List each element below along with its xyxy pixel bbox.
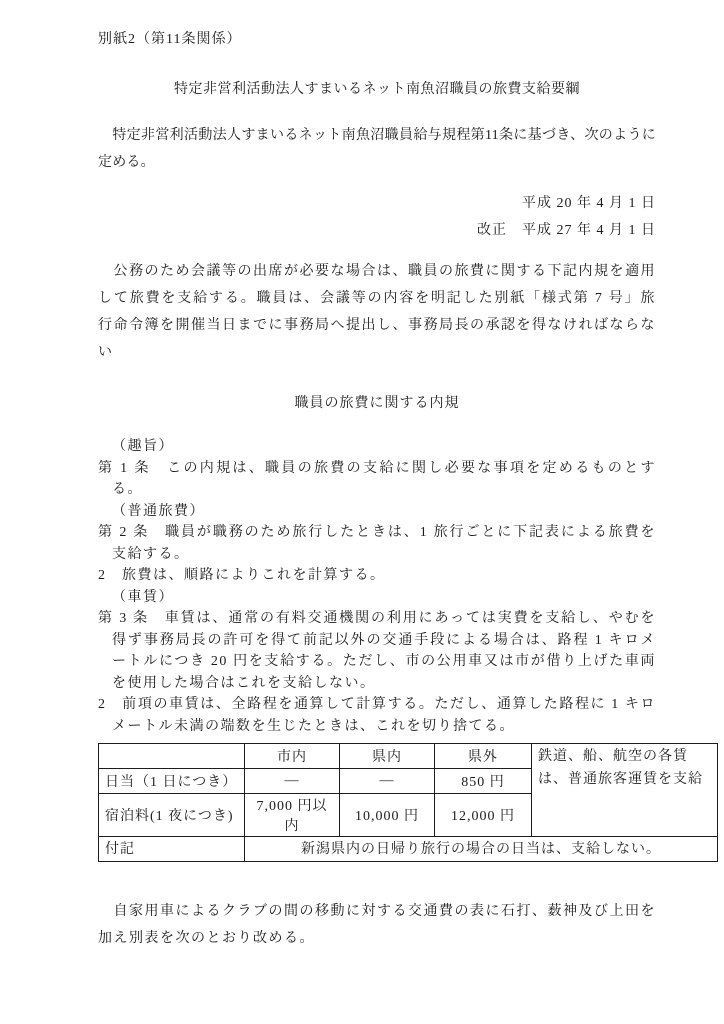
appendix-row: 付記 新潟県内の日帰り旅行の場合の日当は、支給しない。 <box>99 837 718 862</box>
body-line-article-2-para2: 2 旅費は、順路によりこれを計算する。 <box>98 565 656 587</box>
body-line-purpose-label: （趣旨） <box>98 436 656 458</box>
header-shinai-cell: 市内 <box>245 744 340 769</box>
daily-allowance-kengai: 850 円 <box>435 769 532 794</box>
closing-paragraph: 自家用車によるクラブの間の移動に対する交通費の表に石打、薮神及び上田を加え別表を… <box>98 898 656 952</box>
lodging-kengai: 12,000 円 <box>435 794 532 837</box>
header-kennai-cell: 県内 <box>340 744 435 769</box>
naiki-heading: 職員の旅費に関する内規 <box>98 392 656 412</box>
header-empty-cell <box>99 744 245 769</box>
revised-date: 改正 平成 27 年 4 月 1 日 <box>98 217 656 244</box>
regulation-body: （趣旨） 第 1 条 この内規は、職員の旅費の支給に関し必要な事項を定めるものと… <box>98 436 656 737</box>
body-line-article-3-para2: 2 前項の車賃は、全路程を通算して計算する。ただし、通算した路程に 1 キロメー… <box>98 694 656 737</box>
body-line-article-3: 第 3 条 車賃は、通常の有料交通機関の利用にあっては実費を支給し、やむを得ず事… <box>98 608 656 694</box>
fare-note-cell: 鉄道、船、航空の各賃は、普通旅客運賃を支給 <box>532 744 718 837</box>
daily-allowance-shinai: ― <box>245 769 340 794</box>
lodging-label: 宿泊料(1 夜につき) <box>99 794 245 837</box>
document-page: 別紙2（第11条関係） 特定非営利活動法人すまいるネット南魚沼職員の旅費支給要綱… <box>0 0 724 1024</box>
enacted-date: 平成 20 年 4 月 1 日 <box>98 190 656 217</box>
date-block: 平成 20 年 4 月 1 日 改正 平成 27 年 4 月 1 日 <box>98 190 656 244</box>
body-line-futsu-label: （普通旅費） <box>98 501 656 523</box>
intro-paragraph: 特定非営利活動法人すまいるネット南魚沼職員給与規程第11条に基づき、次のように定… <box>98 122 656 176</box>
lodging-shinai: 7,000 円以内 <box>245 794 340 837</box>
appendix-label: 付記 <box>99 837 245 862</box>
header-kengai-cell: 県外 <box>435 744 532 769</box>
daily-allowance-kennai: ― <box>340 769 435 794</box>
appendix-value: 新潟県内の日帰り旅行の場合の日当は、支給しない。 <box>245 837 718 862</box>
lodging-kennai: 10,000 円 <box>340 794 435 837</box>
table-header-row: 市内 県内 県外 鉄道、船、航空の各賃は、普通旅客運賃を支給 <box>99 744 718 769</box>
expense-table: 市内 県内 県外 鉄道、船、航空の各賃は、普通旅客運賃を支給 日当（1 日につき… <box>98 743 718 862</box>
body-line-article-2: 第 2 条 職員が職務のため旅行したときは、1 旅行ごとに下記表による旅費を支給… <box>98 522 656 565</box>
daily-allowance-label: 日当（1 日につき） <box>99 769 245 794</box>
preamble-paragraph: 公務のため会議等の出席が必要な場合は、職員の旅費に関する下記内規を適用して旅費を… <box>98 258 656 366</box>
body-line-article-1: 第 1 条 この内規は、職員の旅費の支給に関し必要な事項を定めるものとする。 <box>98 458 656 501</box>
body-line-shachin-label: （車賃） <box>98 587 656 609</box>
doc-label: 別紙2（第11条関係） <box>98 30 656 50</box>
doc-title: 特定非営利活動法人すまいるネット南魚沼職員の旅費支給要綱 <box>98 78 656 98</box>
